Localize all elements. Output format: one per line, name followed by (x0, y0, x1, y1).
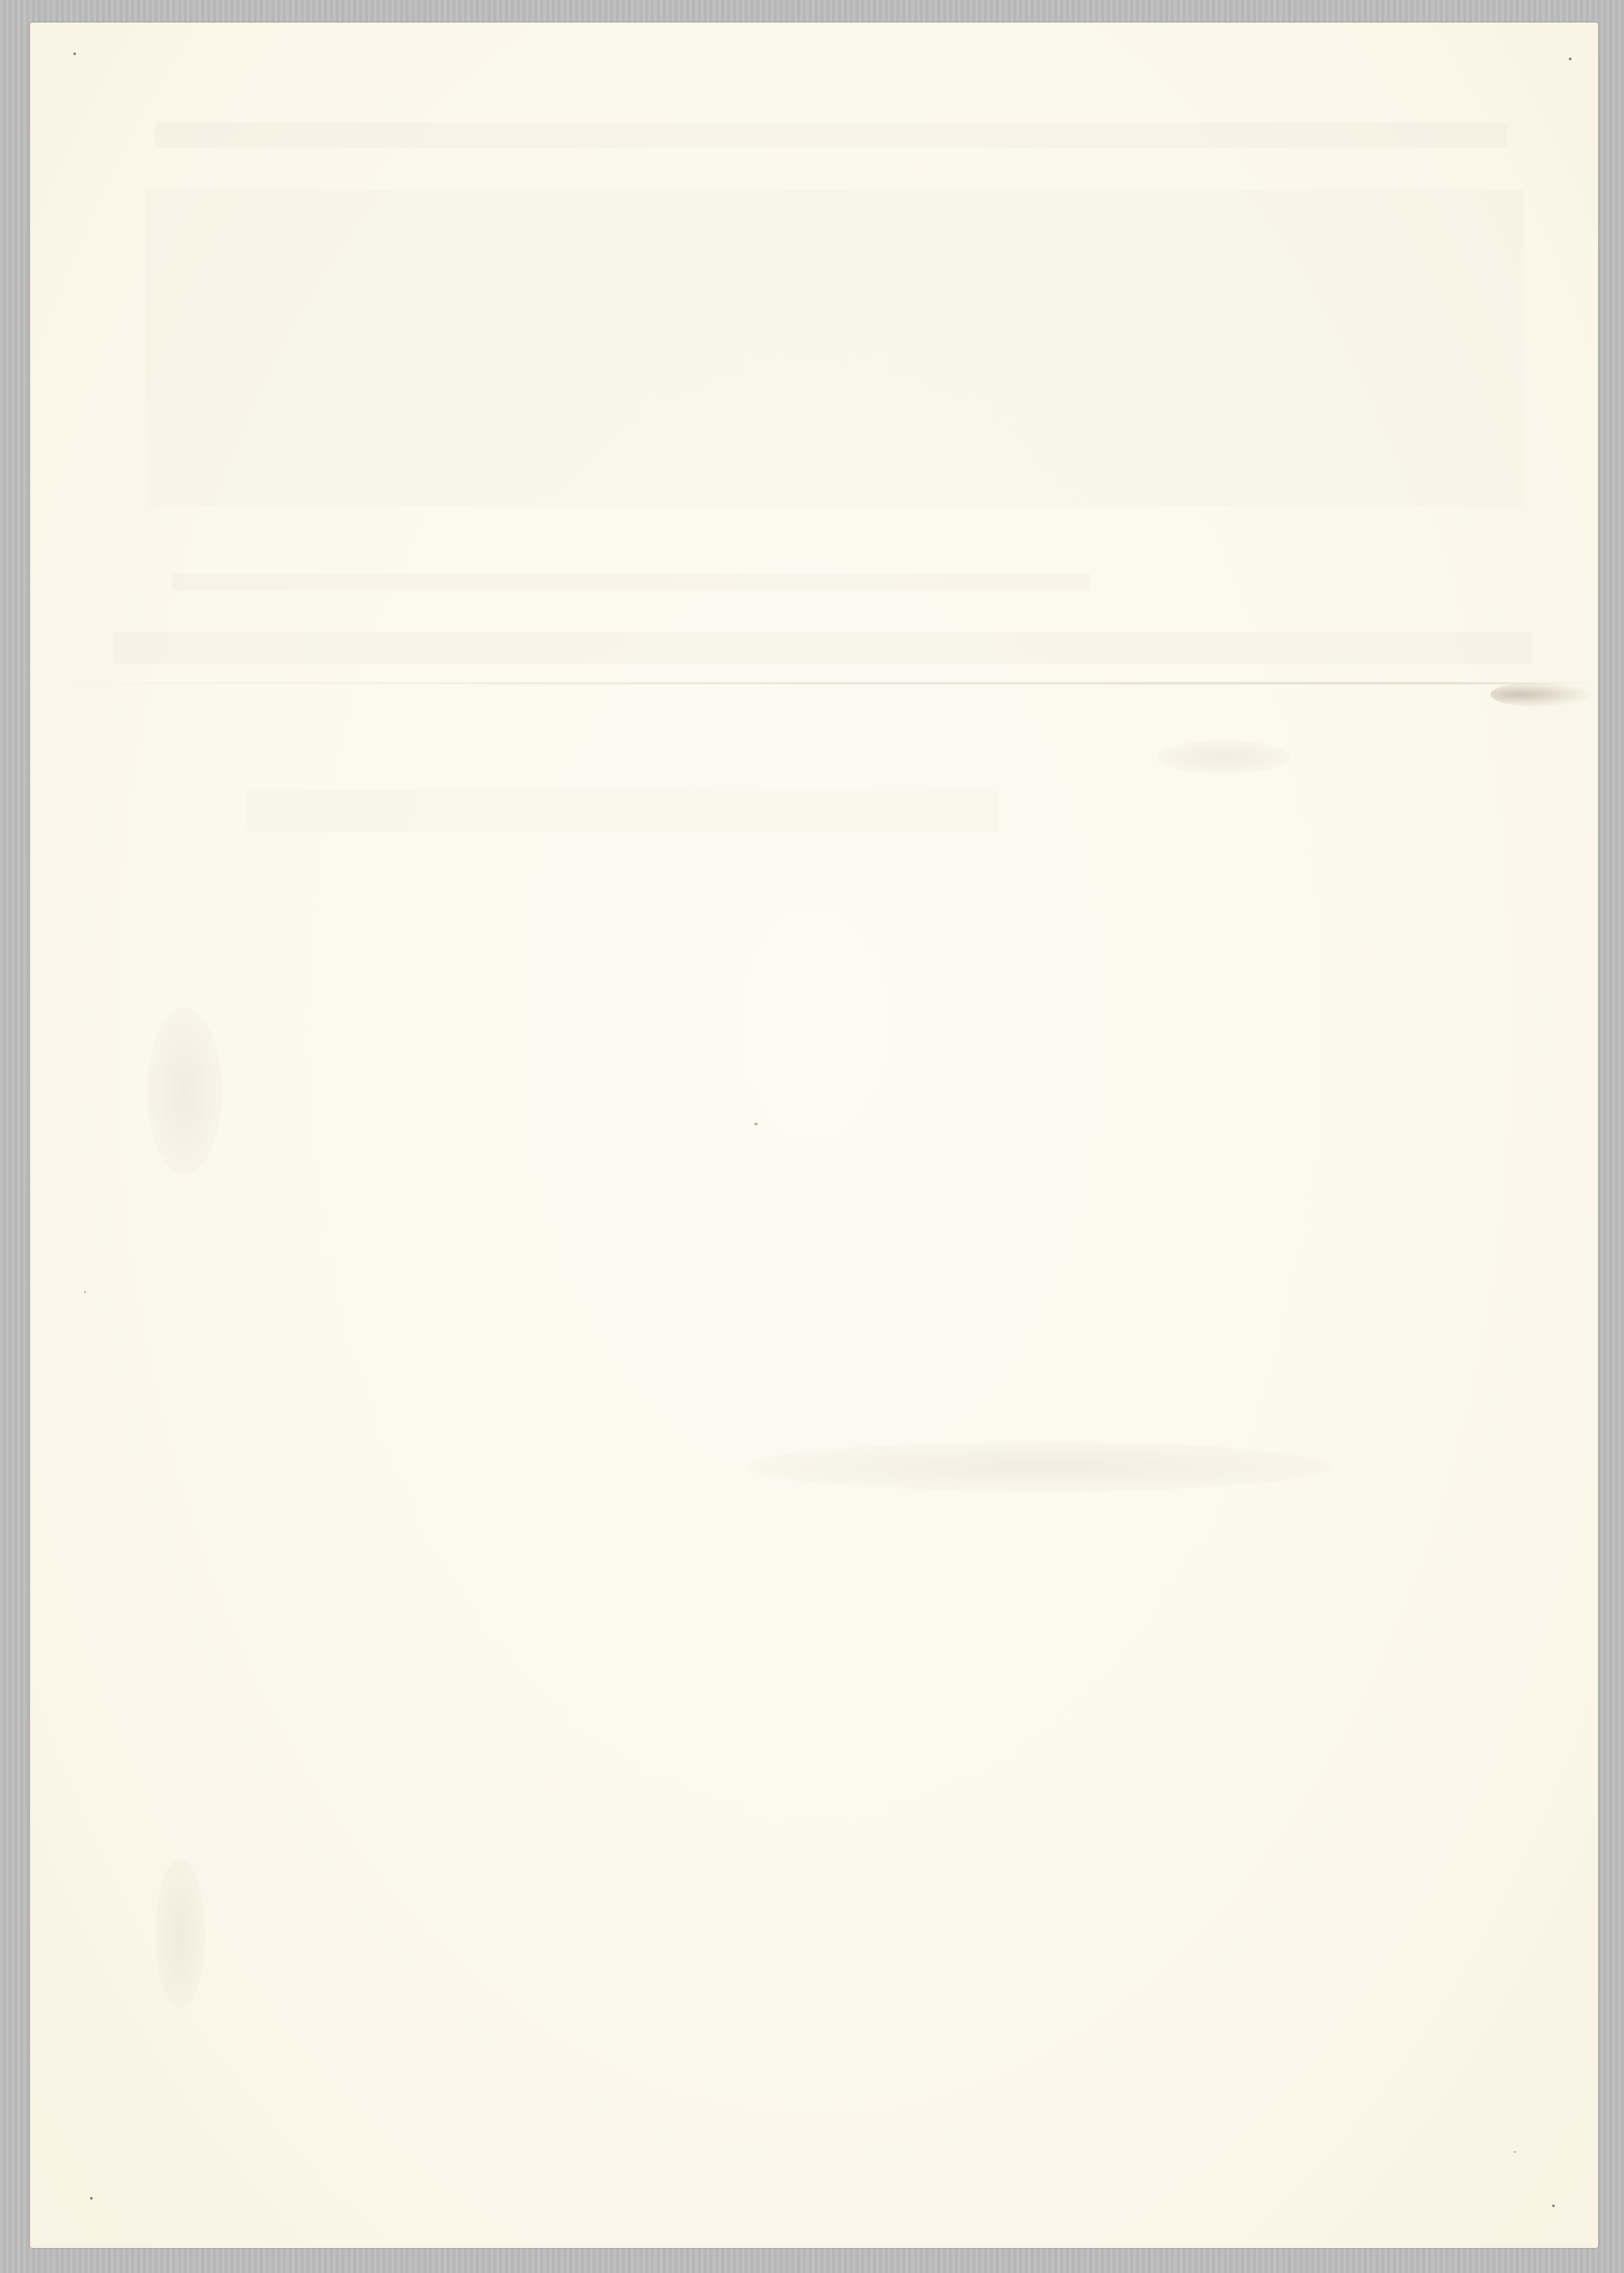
dust-speck (1552, 2205, 1555, 2207)
paper-stain (748, 1442, 1332, 1492)
show-through-text-line (113, 632, 1532, 664)
show-through-text-line (155, 123, 1507, 148)
show-through-text-line (172, 573, 1090, 590)
dust-speck (73, 53, 76, 55)
dust-speck (84, 1291, 86, 1293)
dust-speck (754, 1123, 758, 1125)
ink-smudge (1490, 682, 1591, 707)
dust-speck (1569, 58, 1571, 60)
show-through-text-line (247, 790, 998, 832)
paper-crease (30, 682, 1598, 684)
dust-speck (90, 2197, 93, 2200)
paper-stain (147, 1008, 222, 1174)
show-through-title-block (147, 189, 1524, 507)
dust-speck (1514, 2151, 1516, 2153)
paper-stain (1157, 740, 1290, 774)
paper-stain (155, 1859, 205, 2009)
paper-sheet (30, 23, 1598, 2248)
